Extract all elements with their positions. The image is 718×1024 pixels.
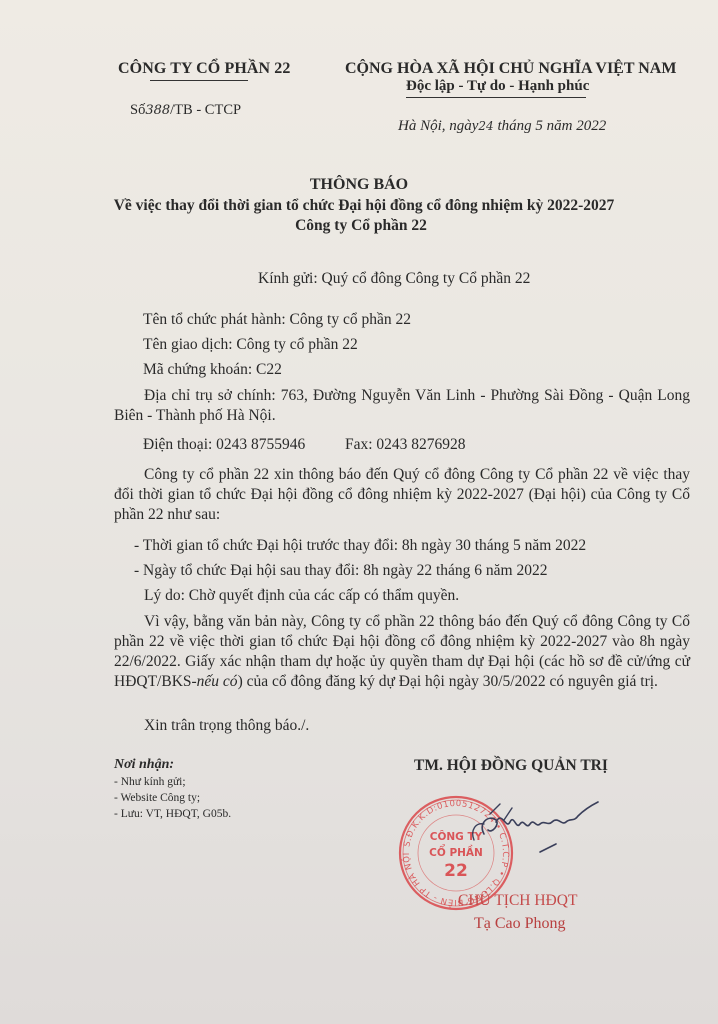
- recipient-item: - Như kính gửi;: [114, 776, 186, 788]
- conclusion-text-2: ) của cổ đông đăng ký dự Đại hội ngày 30…: [238, 673, 658, 690]
- recipients-title: Nơi nhận:: [114, 757, 174, 773]
- document-title: THÔNG BÁO: [0, 176, 718, 194]
- document-subject: Về việc thay đổi thời gian tổ chức Đại h…: [0, 197, 718, 215]
- doc-number-suffix: /TB - CTCP: [170, 102, 241, 118]
- conclusion-text-italic: nếu có: [197, 673, 238, 690]
- closing-line: Xin trân trọng thông báo./.: [144, 717, 309, 735]
- date-prefix: Hà Nội, ngày: [398, 118, 478, 134]
- company-name-header: CÔNG TY CỔ PHẦN 22: [118, 60, 290, 78]
- header-underline: [150, 80, 248, 81]
- fax-number: Fax: 0243 8276928: [345, 436, 466, 454]
- issuer-name: Tên tổ chức phát hành: Công ty cổ phần 2…: [143, 311, 411, 329]
- phone-number: Điện thoại: 0243 8755946: [143, 436, 305, 454]
- before-change-item: - Thời gian tổ chức Đại hội trước thay đ…: [134, 537, 586, 555]
- national-motto: Độc lập - Tự do - Hạnh phúc: [406, 78, 589, 95]
- signer-on-behalf: TM. HỘI ĐỒNG QUẢN TRỊ: [414, 757, 608, 775]
- signer-name: Tạ Cao Phong: [474, 915, 566, 933]
- nation-header: CỘNG HÒA XÃ HỘI CHỦ NGHĨA VIỆT NAM: [345, 60, 676, 78]
- document-subject-company: Công ty Cổ phần 22: [0, 217, 718, 235]
- document-number: Số388/TB - CTCP: [130, 102, 241, 119]
- stamp-center-line3: 22: [444, 861, 468, 881]
- reason-line: Lý do: Chờ quyết định của các cấp có thẩ…: [144, 587, 459, 605]
- head-office-address: Địa chỉ trụ sở chính: 763, Đường Nguyễn …: [114, 386, 690, 426]
- date-suffix: tháng 5 năm 2022: [494, 118, 607, 134]
- doc-number-prefix: Số: [130, 102, 145, 118]
- date-line: Hà Nội, ngày24 tháng 5 năm 2022: [398, 118, 606, 135]
- conclusion-paragraph: Vì vậy, bằng văn bản này, Công ty cổ phầ…: [114, 612, 690, 692]
- ticker-symbol: Mã chứng khoán: C22: [143, 361, 282, 379]
- motto-underline: [406, 97, 586, 98]
- doc-number-handwritten: 388: [145, 103, 170, 118]
- signer-role: CHỦ TỊCH HĐQT: [458, 892, 577, 910]
- trade-name: Tên giao dịch: Công ty cổ phần 22: [143, 336, 358, 354]
- document-page: CÔNG TY CỔ PHẦN 22 Số388/TB - CTCP CỘNG …: [0, 0, 718, 1024]
- date-day-handwritten: 24: [478, 119, 493, 133]
- intro-paragraph: Công ty cổ phần 22 xin thông báo đến Quý…: [114, 465, 690, 525]
- recipient-item: - Lưu: VT, HĐQT, G05b.: [114, 808, 231, 820]
- handwritten-signature: [470, 800, 600, 860]
- addressee: Kính gửi: Quý cổ đông Công ty Cổ phần 22: [258, 270, 530, 288]
- after-change-item: - Ngày tổ chức Đại hội sau thay đổi: 8h …: [134, 562, 547, 580]
- recipient-item: - Website Công ty;: [114, 792, 200, 804]
